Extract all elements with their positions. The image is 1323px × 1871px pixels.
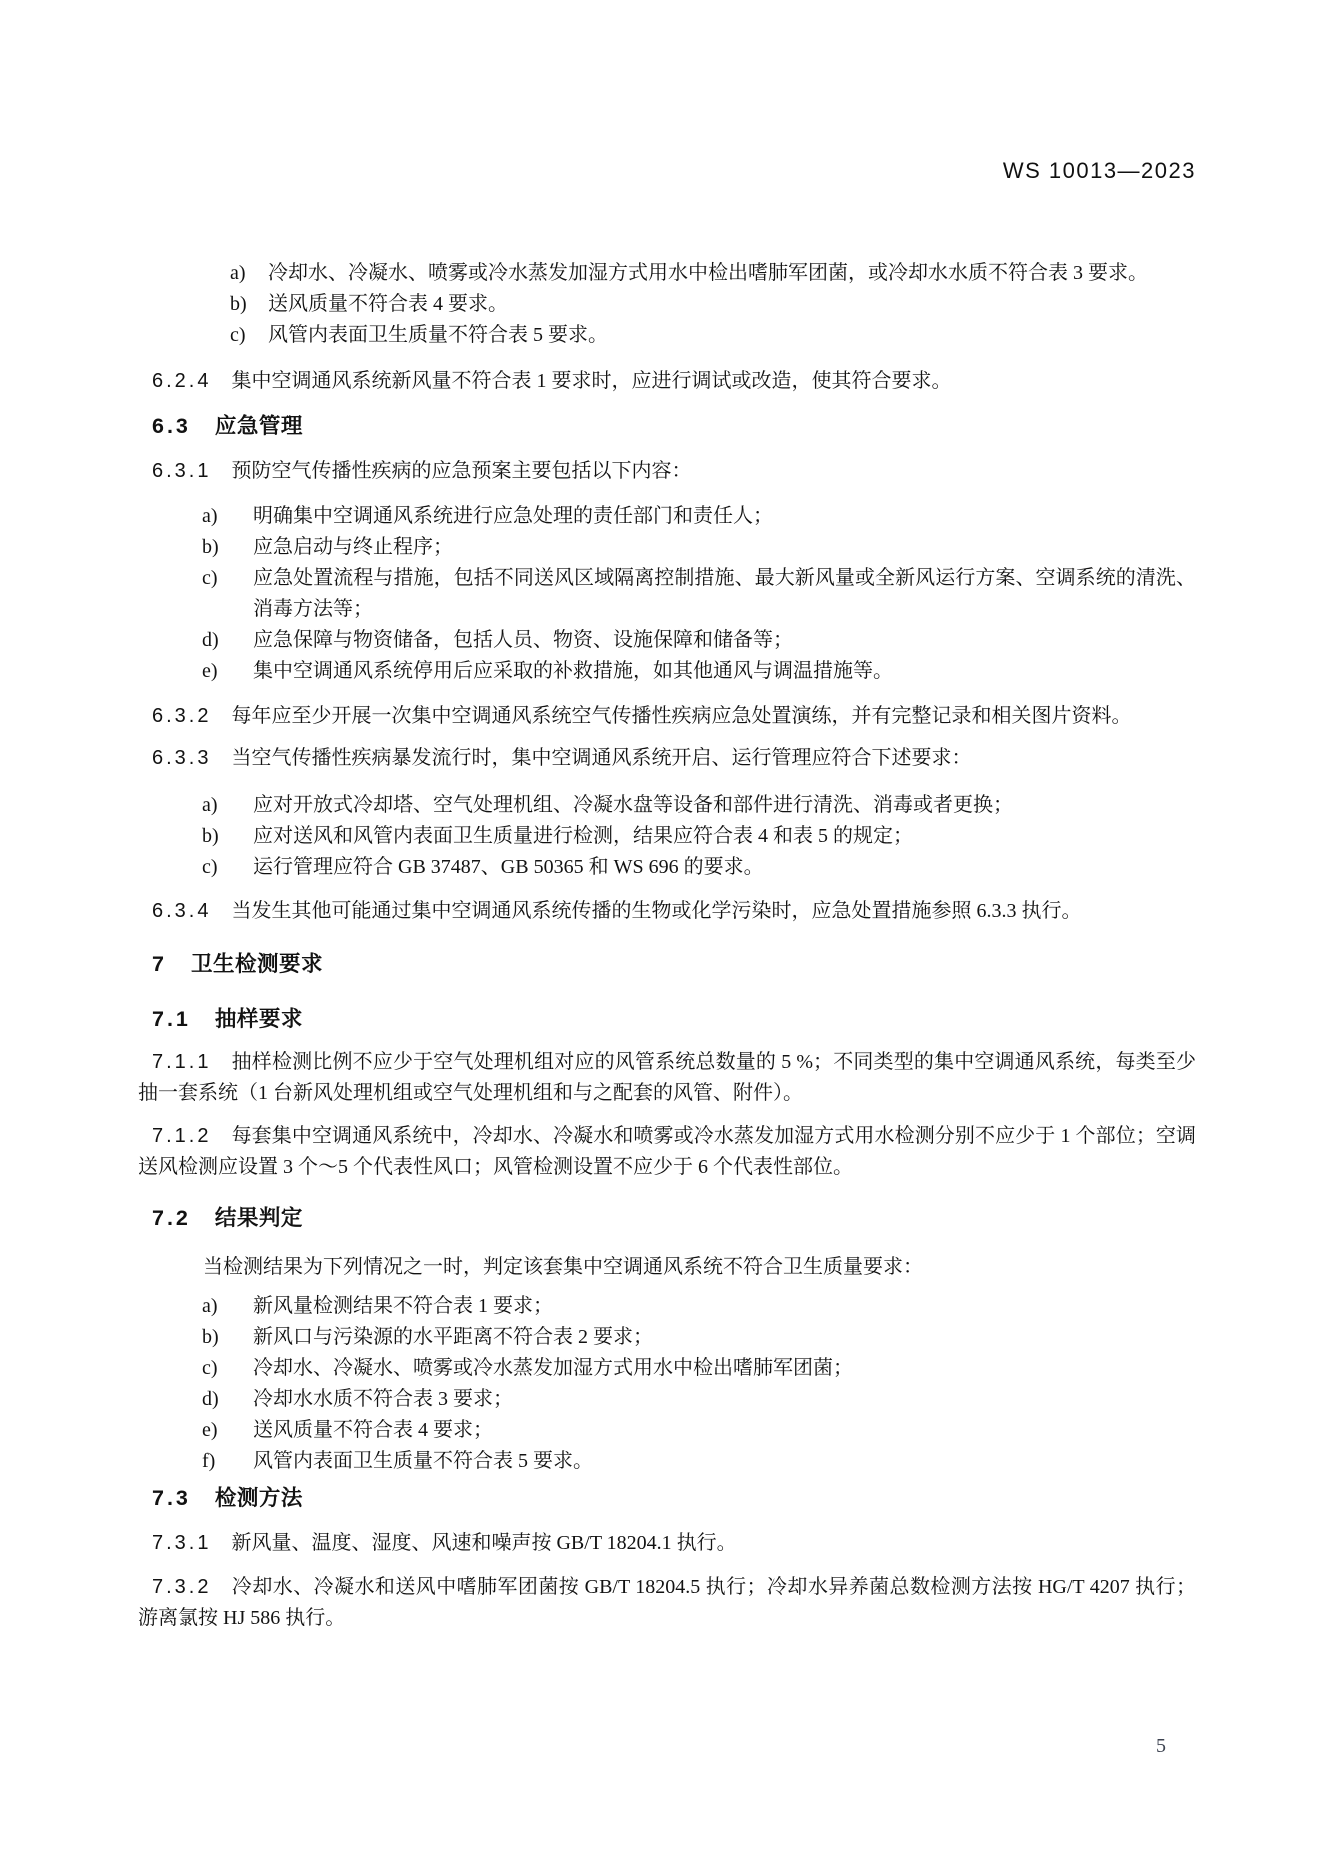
list-item-text: 冷却水水质不符合表 3 要求； xyxy=(253,1384,1196,1415)
list-item-text: 风管内表面卫生质量不符合表 5 要求。 xyxy=(268,320,1196,351)
clause-6-3-3: 6.3.3当空气传播性疾病暴发流行时，集中空调通风系统开启、运行管理应符合下述要… xyxy=(138,743,1196,774)
clause-number: 6.3.3 xyxy=(152,747,211,769)
clause-number: 7.3.1 xyxy=(152,1532,211,1554)
list-item-label: a) xyxy=(202,1291,253,1322)
list-item-label: b) xyxy=(202,821,253,852)
clause-7-1-1: 7.1.1抽样检测比例不应少于空气处理机组对应的风管系统总数量的 5 %；不同类… xyxy=(138,1047,1196,1109)
list-item-label: a) xyxy=(202,790,253,821)
list-item: c) 风管内表面卫生质量不符合表 5 要求。 xyxy=(230,320,1196,351)
page-number: 5 xyxy=(1156,1731,1166,1762)
clause-6-3-1: 6.3.1预防空气传播性疾病的应急预案主要包括以下内容： xyxy=(138,456,1196,487)
clause-7-1-2: 7.1.2每套集中空调通风系统中，冷却水、冷凝水和喷雾或冷水蒸发加湿方式用水检测… xyxy=(138,1121,1196,1183)
clause-7-3-2: 7.3.2冷却水、冷凝水和送风中嗜肺军团菌按 GB/T 18204.5 执行；冷… xyxy=(138,1572,1196,1634)
list-item-text: 冷却水、冷凝水、喷雾或冷水蒸发加湿方式用水中检出嗜肺军团菌； xyxy=(253,1353,1196,1384)
list-item-label: b) xyxy=(202,532,253,563)
clause-text: 每套集中空调通风系统中，冷却水、冷凝水和喷雾或冷水蒸发加湿方式用水检测分别不应少… xyxy=(138,1125,1196,1178)
list-item: c) 应急处置流程与措施，包括不同送风区域隔离控制措施、最大新风量或全新风运行方… xyxy=(202,563,1196,625)
list-item-text: 冷却水、冷凝水、喷雾或冷水蒸发加湿方式用水中检出嗜肺军团菌，或冷却水水质不符合表… xyxy=(268,258,1196,289)
clause-number: 6.3.4 xyxy=(152,900,211,922)
list-item-text: 运行管理应符合 GB 37487、GB 50365 和 WS 696 的要求。 xyxy=(253,852,1196,883)
clause-text: 预防空气传播性疾病的应急预案主要包括以下内容： xyxy=(231,460,691,482)
list-item: a) 新风量检测结果不符合表 1 要求； xyxy=(202,1291,1196,1322)
clause-text: 当检测结果为下列情况之一时，判定该套集中空调通风系统不符合卫生质量要求： xyxy=(203,1256,923,1278)
document-page: WS 10013—2023 a) 冷却水、冷凝水、喷雾或冷水蒸发加湿方式用水中检… xyxy=(0,0,1323,1871)
section-heading-7-1: 7.1抽样要求 xyxy=(152,1004,1196,1035)
list-item: e) 集中空调通风系统停用后应采取的补救措施，如其他通风与调温措施等。 xyxy=(202,656,1196,687)
section-number: 7.3 xyxy=(152,1486,191,1510)
clause-number: 7.3.2 xyxy=(152,1576,211,1598)
list-item-text: 应对开放式冷却塔、空气处理机组、冷凝水盘等设备和部件进行清洗、消毒或者更换； xyxy=(253,790,1196,821)
list-item-label: e) xyxy=(202,1415,253,1446)
section-number: 6.3 xyxy=(152,414,191,438)
list-item: a) 冷却水、冷凝水、喷雾或冷水蒸发加湿方式用水中检出嗜肺军团菌，或冷却水水质不… xyxy=(230,258,1196,289)
section-number: 7.2 xyxy=(152,1206,191,1230)
section-number: 7 xyxy=(152,952,167,976)
list-item-text: 送风质量不符合表 4 要求； xyxy=(253,1415,1196,1446)
list-item: b) 应急启动与终止程序； xyxy=(202,532,1196,563)
list-item-text: 应急保障与物资储备，包括人员、物资、设施保障和储备等； xyxy=(253,625,1196,656)
list-item-text: 应急启动与终止程序； xyxy=(253,532,1196,563)
list-item-text: 送风质量不符合表 4 要求。 xyxy=(268,289,1196,320)
clause-6-3-2: 6.3.2每年应至少开展一次集中空调通风系统空气传播性疾病应急处置演练，并有完整… xyxy=(138,701,1196,732)
list-item-text: 应对送风和风管内表面卫生质量进行检测，结果应符合表 4 和表 5 的规定； xyxy=(253,821,1196,852)
list-item-label: b) xyxy=(202,1322,253,1353)
section-title: 检测方法 xyxy=(215,1486,303,1510)
clause-6-3-4: 6.3.4当发生其他可能通过集中空调通风系统传播的生物或化学污染时，应急处置措施… xyxy=(138,896,1196,927)
list-item-label: a) xyxy=(202,501,253,532)
clause-text: 新风量、温度、湿度、风速和噪声按 GB/T 18204.1 执行。 xyxy=(231,1532,736,1554)
list-item-label: e) xyxy=(202,656,253,687)
list-item-label: d) xyxy=(202,1384,253,1415)
section-number: 7.1 xyxy=(152,1007,191,1031)
list-6-3-3: a) 应对开放式冷却塔、空气处理机组、冷凝水盘等设备和部件进行清洗、消毒或者更换… xyxy=(138,790,1196,883)
list-item: a) 明确集中空调通风系统进行应急处理的责任部门和责任人； xyxy=(202,501,1196,532)
clause-7-2-intro: 当检测结果为下列情况之一时，判定该套集中空调通风系统不符合卫生质量要求： xyxy=(138,1252,1196,1283)
clause-number: 6.2.4 xyxy=(152,370,211,392)
list-item-label: c) xyxy=(230,320,268,351)
clause-text: 当空气传播性疾病暴发流行时，集中空调通风系统开启、运行管理应符合下述要求： xyxy=(231,747,971,769)
list-item-text: 集中空调通风系统停用后应采取的补救措施，如其他通风与调温措施等。 xyxy=(253,656,1196,687)
list-item: a) 应对开放式冷却塔、空气处理机组、冷凝水盘等设备和部件进行清洗、消毒或者更换… xyxy=(202,790,1196,821)
clause-number: 7.1.1 xyxy=(152,1051,211,1073)
list-item-label: d) xyxy=(202,625,253,656)
list-item-text: 风管内表面卫生质量不符合表 5 要求。 xyxy=(253,1446,1196,1477)
standard-number-header: WS 10013—2023 xyxy=(1003,155,1196,186)
list-item-text: 新风量检测结果不符合表 1 要求； xyxy=(253,1291,1196,1322)
list-item-label: c) xyxy=(202,852,253,883)
section-heading-6-3: 6.3应急管理 xyxy=(152,411,1196,442)
clause-text: 集中空调通风系统新风量不符合表 1 要求时，应进行调试或改造，使其符合要求。 xyxy=(231,370,951,392)
list-item: b) 送风质量不符合表 4 要求。 xyxy=(230,289,1196,320)
section-heading-7: 7卫生检测要求 xyxy=(152,949,1196,980)
list-item: b) 新风口与污染源的水平距离不符合表 2 要求； xyxy=(202,1322,1196,1353)
list-7-2: a) 新风量检测结果不符合表 1 要求； b) 新风口与污染源的水平距离不符合表… xyxy=(138,1291,1196,1477)
list-item: c) 冷却水、冷凝水、喷雾或冷水蒸发加湿方式用水中检出嗜肺军团菌； xyxy=(202,1353,1196,1384)
clause-text: 每年应至少开展一次集中空调通风系统空气传播性疾病应急处置演练，并有完整记录和相关… xyxy=(231,705,1131,727)
list-item-label: c) xyxy=(202,1353,253,1384)
section-title: 应急管理 xyxy=(215,414,303,438)
list-item: d) 应急保障与物资储备，包括人员、物资、设施保障和储备等； xyxy=(202,625,1196,656)
section-heading-7-2: 7.2结果判定 xyxy=(152,1203,1196,1234)
clause-number: 6.3.1 xyxy=(152,460,211,482)
list-item-label: f) xyxy=(202,1446,253,1477)
clause-text: 当发生其他可能通过集中空调通风系统传播的生物或化学污染时，应急处置措施参照 6.… xyxy=(231,900,1081,922)
list-item: d) 冷却水水质不符合表 3 要求； xyxy=(202,1384,1196,1415)
list-item-label: c) xyxy=(202,563,253,625)
list-item-label: b) xyxy=(230,289,268,320)
clause-7-3-1: 7.3.1新风量、温度、湿度、风速和噪声按 GB/T 18204.1 执行。 xyxy=(138,1528,1196,1559)
section-heading-7-3: 7.3检测方法 xyxy=(152,1483,1196,1514)
list-item: f) 风管内表面卫生质量不符合表 5 要求。 xyxy=(202,1446,1196,1477)
section-title: 卫生检测要求 xyxy=(191,952,323,976)
clause-text: 抽样检测比例不应少于空气处理机组对应的风管系统总数量的 5 %；不同类型的集中空… xyxy=(138,1051,1196,1104)
section-title: 抽样要求 xyxy=(215,1007,303,1031)
list-6-3-1: a) 明确集中空调通风系统进行应急处理的责任部门和责任人； b) 应急启动与终止… xyxy=(138,501,1196,687)
list-item: e) 送风质量不符合表 4 要求； xyxy=(202,1415,1196,1446)
clause-text: 冷却水、冷凝水和送风中嗜肺军团菌按 GB/T 18204.5 执行；冷却水异养菌… xyxy=(138,1576,1196,1629)
document-content: a) 冷却水、冷凝水、喷雾或冷水蒸发加湿方式用水中检出嗜肺军团菌，或冷却水水质不… xyxy=(138,258,1196,1634)
list-carryover: a) 冷却水、冷凝水、喷雾或冷水蒸发加湿方式用水中检出嗜肺军团菌，或冷却水水质不… xyxy=(138,258,1196,351)
clause-number: 7.1.2 xyxy=(152,1125,211,1147)
list-item-label: a) xyxy=(230,258,268,289)
clause-6-2-4: 6.2.4集中空调通风系统新风量不符合表 1 要求时，应进行调试或改造，使其符合… xyxy=(138,366,1196,397)
list-item-text: 新风口与污染源的水平距离不符合表 2 要求； xyxy=(253,1322,1196,1353)
list-item-text: 明确集中空调通风系统进行应急处理的责任部门和责任人； xyxy=(253,501,1196,532)
clause-number: 6.3.2 xyxy=(152,705,211,727)
list-item: b) 应对送风和风管内表面卫生质量进行检测，结果应符合表 4 和表 5 的规定； xyxy=(202,821,1196,852)
list-item-text: 应急处置流程与措施，包括不同送风区域隔离控制措施、最大新风量或全新风运行方案、空… xyxy=(253,563,1196,625)
section-title: 结果判定 xyxy=(215,1206,303,1230)
list-item: c) 运行管理应符合 GB 37487、GB 50365 和 WS 696 的要… xyxy=(202,852,1196,883)
